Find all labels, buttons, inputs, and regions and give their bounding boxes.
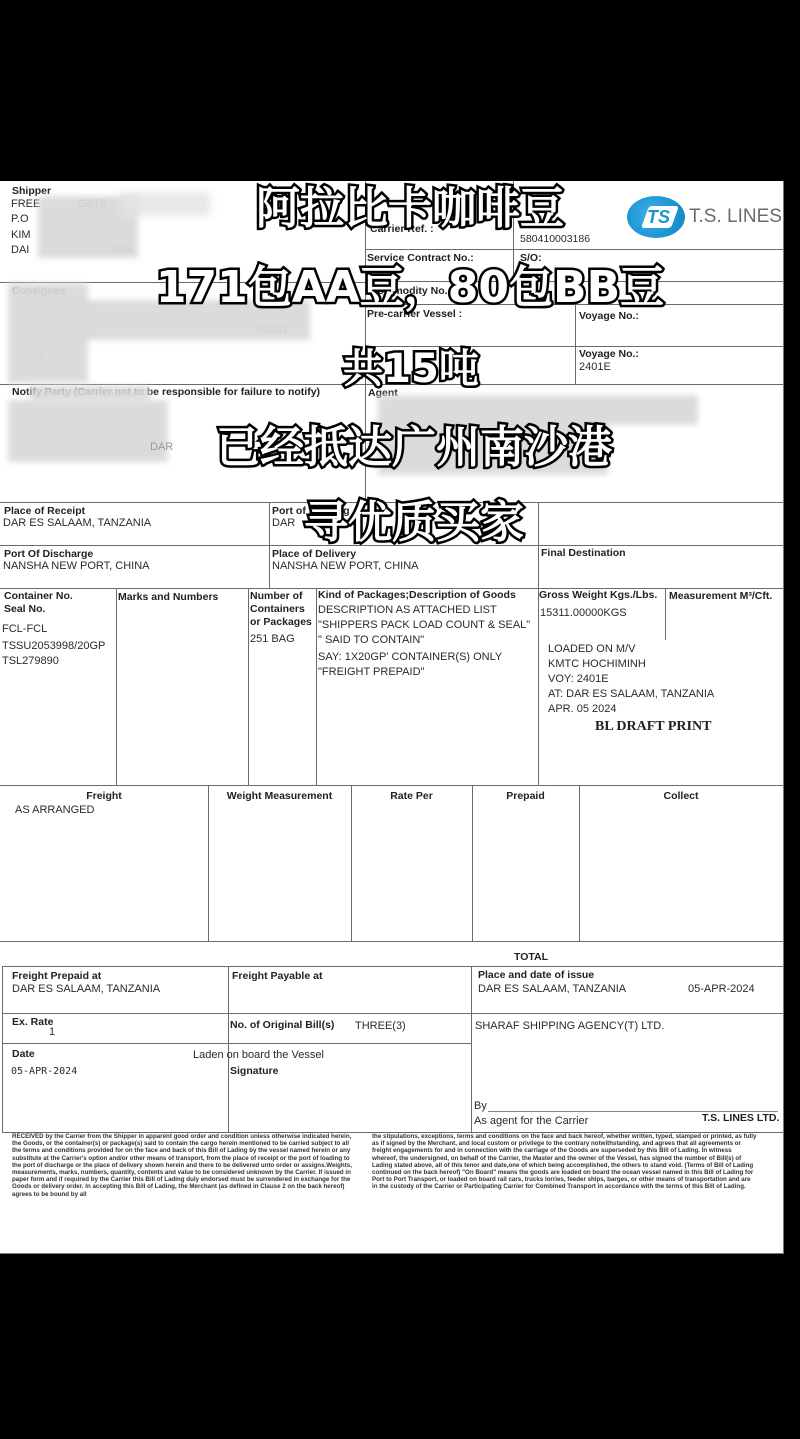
divider [538,588,539,785]
divider [0,941,783,942]
place-of-issue-value: DAR ES SALAAM, TANZANIA [478,983,626,996]
container-no-label: Container No. [4,590,73,603]
freight-header: Freight [0,790,208,803]
description-line: " SAID TO CONTAIN" [318,634,424,647]
divider [208,785,209,941]
marks-label: Marks and Numbers [118,591,218,604]
container-line: FCL-FCL [2,623,47,636]
freight-payable-label: Freight Payable at [232,970,322,983]
divider [2,966,783,967]
divider [665,588,666,640]
terms-left: RECEIVED by the Carrier from the Shipper… [12,1133,357,1198]
overlay-caption-4: 已经抵达广州南沙港 [0,422,800,474]
packages-label: or Packages [250,616,312,629]
original-bills-label: No. of Original Bill(s) [230,1019,334,1032]
description-line: SAY: 1X20GP' CONTAINER(S) ONLY [318,651,502,664]
packages-value: 251 BAG [250,633,295,646]
divider [248,588,249,785]
collect-header: Collect [579,790,783,803]
shipper-line: DAI [11,244,29,257]
total-label: TOTAL [514,951,548,964]
freight-prepaid-label: Freight Prepaid at [12,970,101,983]
freight-value: AS ARRANGED [15,804,94,817]
loaded-line: LOADED ON M/V [548,643,635,656]
rate-per-header: Rate Per [351,790,472,803]
divider [2,1013,783,1014]
carrier-name: T.S. LINES LTD. [702,1112,779,1125]
laden-label: Laden on board the Vessel [193,1049,324,1062]
place-date-issue-label: Place and date of issue [478,969,594,982]
divider [472,785,473,941]
signature-label: Signature [230,1065,278,1078]
as-agent-label: As agent for the Carrier [474,1115,588,1128]
gross-weight-label: Gross Weight Kgs./Lbs. [539,589,657,602]
overlay-caption-2: 171包AA豆，80包BB豆 [0,262,800,314]
measurement-label: Measurement M³/Cft. [669,590,772,603]
description-line: "SHIPPERS PACK LOAD COUNT & SEAL" [318,619,530,632]
loaded-line: KMTC HOCHIMINH [548,658,646,671]
divider [579,785,580,941]
seal-no-label: Seal No. [4,603,45,616]
loaded-line: AT: DAR ES SALAAM, TANZANIA [548,688,714,701]
original-bills-value: THREE(3) [355,1020,406,1033]
divider [316,588,317,785]
divider [2,966,3,1132]
laden-date: 05-APR-2024 [11,1065,77,1078]
place-of-delivery-value: NANSHA NEW PORT, CHINA [272,560,419,573]
prepaid-header: Prepaid [472,790,579,803]
ex-rate-value: 1 [49,1026,55,1039]
by-label: By [474,1100,487,1113]
divider [116,588,117,785]
loaded-line: VOY: 2401E [548,673,609,686]
divider [365,249,783,250]
ex-rate-label: Ex. Rate [12,1016,53,1029]
weight-measurement-header: Weight Measurement [208,790,351,803]
description-line: "FREIGHT PREPAID" [318,666,424,679]
terms-right: the stipulations, exceptions, terms and … [372,1133,757,1191]
overlay-caption-5: 寻优质买家 [0,497,800,549]
gross-weight-value: 15311.00000KGS [540,607,627,620]
divider [471,966,472,1132]
divider [2,1043,471,1044]
description-line: DESCRIPTION AS ATTACHED LIST [318,604,497,617]
date-of-issue-value: 05-APR-2024 [688,983,755,996]
loaded-line: APR. 05 2024 [548,703,617,716]
divider [351,785,352,941]
divider [0,785,783,786]
freight-prepaid-value: DAR ES SALAAM, TANZANIA [12,983,160,996]
agency-value: SHARAF SHIPPING AGENCY(T) LTD. [475,1020,664,1033]
packages-label: Number of [250,590,303,603]
packages-label: Containers [250,603,305,616]
description-label: Kind of Packages;Description of Goods [318,589,516,602]
port-of-discharge-value: NANSHA NEW PORT, CHINA [3,560,150,573]
bill-of-lading-page [0,181,784,1254]
draft-stamp: BL DRAFT PRINT [595,720,711,733]
container-line: TSL279890 [2,655,59,668]
overlay-caption-3: 共15吨 [0,345,800,393]
date-label: Date [12,1048,35,1061]
overlay-caption-1: 阿拉比卡咖啡豆 [0,183,800,235]
container-line: TSSU2053998/20GP [2,640,105,653]
